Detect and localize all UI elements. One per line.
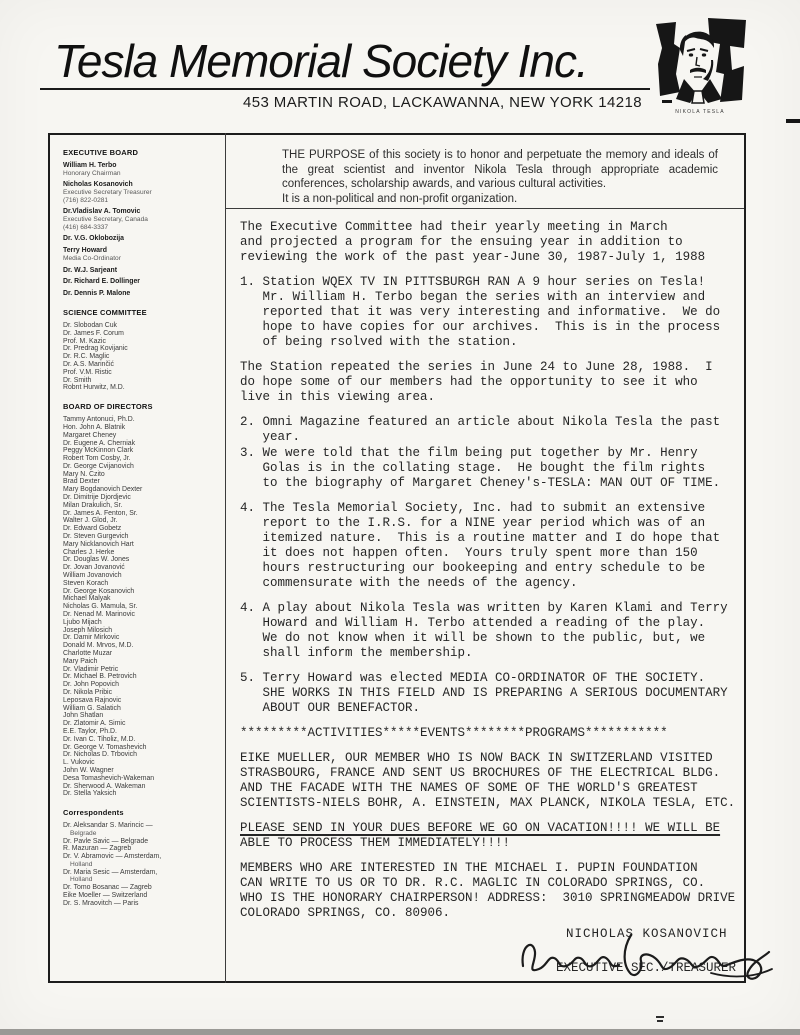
sidebar-member-name: Dr. W.J. Sarjeant <box>63 267 219 275</box>
sidebar-member-name: Dr. George Kosanovich <box>63 588 219 596</box>
sidebar-member-name: Tammy Antonuci, Ph.D. <box>63 416 219 424</box>
body-line: STRASBOURG, FRANCE AND SENT US BROCHURES… <box>240 766 746 781</box>
sidebar-member: Dr.Vladislav A. TomovicExecutive Secreta… <box>63 208 219 231</box>
sidebar-section: CorrespondentsDr. Aleksandar S. Marincic… <box>63 808 219 907</box>
body-line: 1. Station WQEX TV IN PITTSBURGH RAN A 9… <box>240 275 746 290</box>
body-line: 4. The Tesla Memorial Society, Inc. had … <box>240 501 746 516</box>
sidebar-member-name: Dr. V.G. Oklobozija <box>63 235 219 243</box>
sidebar-member: John W. Wagner <box>63 767 219 775</box>
sidebar-member-name: Dr. Tomo Bosanac — Zagreb <box>63 884 219 892</box>
sidebar-member-name: Dr. Steven Gurgevich <box>63 533 219 541</box>
body-line: hope to have copies for our archives. Th… <box>240 320 746 335</box>
sidebar-member: Michael Malyak <box>63 595 219 603</box>
sidebar-member: Peggy McKinnon Clark <box>63 447 219 455</box>
body-line: and projected a program for the ensuing … <box>240 235 746 250</box>
body-paragraph: 2. Omni Magazine featured an article abo… <box>240 415 746 445</box>
sidebar-member: R. Mazuran — Zagreb <box>63 845 219 853</box>
sidebar-member-name: Dr. Michael B. Petrovich <box>63 673 219 681</box>
sidebar-member-name: Dr. Aleksandar S. Marincic — <box>63 822 219 830</box>
body-paragraph: 3. We were told that the film being put … <box>240 446 746 491</box>
society-address: 453 MARTIN ROAD, LACKAWANNA, NEW YORK 14… <box>230 94 655 111</box>
body-line: 2. Omni Magazine featured an article abo… <box>240 415 746 430</box>
sidebar-member-detail: Media Co-Ordinator <box>63 255 219 263</box>
sidebar-member-name: Margaret Cheney <box>63 432 219 440</box>
sidebar-member: Ljubo Mijach <box>63 619 219 627</box>
body-paragraph: 1. Station WQEX TV IN PITTSBURGH RAN A 9… <box>240 275 746 350</box>
body-paragraph: PLEASE SEND IN YOUR DUES BEFORE WE GO ON… <box>240 821 746 851</box>
sidebar-member: Dr. Dennis P. Malone <box>63 290 219 298</box>
sidebar-member: Dr. R.C. Maglic <box>63 353 219 361</box>
signature-script <box>515 928 775 984</box>
sidebar-member-name: Ljubo Mijach <box>63 619 219 627</box>
sidebar-member-name: Charles J. Herke <box>63 549 219 557</box>
sidebar-member: Dr. Maria Sesic — Amsterdam,Holland <box>63 869 219 884</box>
sidebar-member-name: Dr. Damir Mirkovic <box>63 634 219 642</box>
sidebar-section-title: EXECUTIVE BOARD <box>63 148 219 157</box>
sidebar-section: BOARD OF DIRECTORSTammy Antonuci, Ph.D.H… <box>63 402 219 798</box>
body-line: CAN WRITE TO US OR TO DR. R.C. MAGLIC IN… <box>240 876 746 891</box>
body-line: report to the I.R.S. for a NINE year per… <box>240 516 746 531</box>
sidebar-member-detail: Holland <box>63 876 219 884</box>
scanned-letter-page: Tesla Memorial Society Inc. 453 MARTIN R… <box>0 0 800 1035</box>
body-line: ABOUT OUR BENEFACTOR. <box>240 701 746 716</box>
body-line: to the biography of Margaret Cheney's-TE… <box>240 476 746 491</box>
sidebar-member: Nicholas G. Mamula, Sr. <box>63 603 219 611</box>
sidebar-member: Dr. Edward Gobetz <box>63 525 219 533</box>
sidebar-member: Desa Tomashevich-Wakeman <box>63 775 219 783</box>
sidebar: EXECUTIVE BOARDWilliam H. TerboHonorary … <box>50 135 223 981</box>
body-paragraph: MEMBERS WHO ARE INTERESTED IN THE MICHAE… <box>240 861 746 921</box>
body-line: 5. Terry Howard was elected MEDIA CO-ORD… <box>240 671 746 686</box>
sidebar-member-detail: Executive Secretary Treasurer <box>63 189 219 197</box>
body-line: The Executive Committee had their yearly… <box>240 220 746 235</box>
body-line: Howard and William H. Terbo attended a r… <box>240 616 746 631</box>
sidebar-member: Dr. Pavle Savic — Belgrade <box>63 838 219 846</box>
sidebar-member-name: Prof. V.M. Ristic <box>63 369 219 377</box>
body-line: year. <box>240 430 746 445</box>
sidebar-member: Dr. Tomo Bosanac — Zagreb <box>63 884 219 892</box>
sidebar-member: Eike Moeller — Switzerland <box>63 892 219 900</box>
body-line: SHE WORKS IN THIS FIELD AND IS PREPARING… <box>240 686 746 701</box>
sidebar-member-name: Mary Bogdanovich Dexter <box>63 486 219 494</box>
sidebar-member: Donald M. Mrvos, M.D. <box>63 642 219 650</box>
sidebar-member-name: Dr. Sherwood A. Wakeman <box>63 783 219 791</box>
sidebar-member-name: John Shatlan <box>63 712 219 720</box>
sidebar-member-name: Dr. Zlatomir A. Simic <box>63 720 219 728</box>
sidebar-section: SCIENCE COMMITTEEDr. Slobodan CukDr. Jam… <box>63 308 219 392</box>
body-line: commensurate with the needs of the agenc… <box>240 576 746 591</box>
sidebar-member-name: Mary Paich <box>63 658 219 666</box>
sidebar-member-name: Hon. John A. Blatnik <box>63 424 219 432</box>
body-line: WHO IS THE HONORARY CHAIRPERSON! ADDRESS… <box>240 891 746 906</box>
sidebar-member-name: Dr. Slobodan Cuk <box>63 322 219 330</box>
body-paragraph: The Station repeated the series in June … <box>240 360 746 405</box>
body-line: COLORADO SPRINGS, CO. 80906. <box>240 906 746 921</box>
sidebar-member-name: Dr. Dennis P. Malone <box>63 290 219 298</box>
sidebar-member-name: Dr. Pavle Savic — Belgrade <box>63 838 219 846</box>
sidebar-member-name: Dr. Vladimir Petric <box>63 666 219 674</box>
sidebar-member-name: Mary Nicklanovich Hart <box>63 541 219 549</box>
sidebar-member: Dr. Aleksandar S. Marincic —Belgrade <box>63 822 219 837</box>
portrait-caption: NIKOLA TESLA <box>650 109 750 115</box>
body-line: hours restructuring our bookeeping and e… <box>240 561 746 576</box>
tesla-portrait-image <box>650 14 750 108</box>
sidebar-member: Robert Tom Cosby, Jr. <box>63 455 219 463</box>
scan-artifact <box>656 1016 664 1018</box>
sidebar-member-name: Nicholas G. Mamula, Sr. <box>63 603 219 611</box>
sidebar-member: William H. TerboHonorary Chairman <box>63 162 219 177</box>
body-line: of being rsolved with the station. <box>240 335 746 350</box>
page-title: Tesla Memorial Society Inc. <box>54 34 654 88</box>
sidebar-member-name: William H. Terbo <box>63 162 219 170</box>
body-paragraph: *********ACTIVITIES*****EVENTS********PR… <box>240 726 746 741</box>
sidebar-member-name: Dr.Vladislav A. Tomovic <box>63 208 219 216</box>
sidebar-member: Dr. Dimitrije Djordjevic <box>63 494 219 502</box>
sidebar-member: Dr. A.S. Marinčić <box>63 361 219 369</box>
sidebar-member-name: Prof. M. Kazic <box>63 338 219 346</box>
sidebar-section-title: SCIENCE COMMITTEE <box>63 308 219 317</box>
sidebar-member-name: Charlotte Muzar <box>63 650 219 658</box>
sidebar-member: Dr. George Cvijanovich <box>63 463 219 471</box>
sidebar-member-name: Robert Tom Cosby, Jr. <box>63 455 219 463</box>
sidebar-member: Milan Drakulich, Sr. <box>63 502 219 510</box>
sidebar-member: Dr. Slobodan Cuk <box>63 322 219 330</box>
sidebar-member: Nicholas KosanovichExecutive Secretary T… <box>63 181 219 204</box>
sidebar-member: Walter J. Glod, Jr. <box>63 517 219 525</box>
sidebar-member-name: Dr. Smith <box>63 377 219 385</box>
sidebar-member: Dr. Vladimir Petric <box>63 666 219 674</box>
sidebar-member-detail: Holland <box>63 861 219 869</box>
purpose-statement: THE PURPOSE of this society is to honor … <box>226 135 744 209</box>
sidebar-member: Prof. M. Kazic <box>63 338 219 346</box>
sidebar-member: Hon. John A. Blatnik <box>63 424 219 432</box>
tesla-portrait <box>650 14 750 124</box>
sidebar-member-name: Brad Dexter <box>63 478 219 486</box>
sidebar-member: Joseph Milosich <box>63 627 219 635</box>
sidebar-member-name: Desa Tomashevich-Wakeman <box>63 775 219 783</box>
page-edge-mark <box>786 119 800 123</box>
body-line: MEMBERS WHO ARE INTERESTED IN THE MICHAE… <box>240 861 746 876</box>
letter-body: The Executive Committee had their yearly… <box>226 210 746 931</box>
sidebar-member-name: Donald M. Mrvos, M.D. <box>63 642 219 650</box>
sidebar-member: Dr. Zlatomir A. Simic <box>63 720 219 728</box>
sidebar-member: Prof. V.M. Ristic <box>63 369 219 377</box>
sidebar-member-name: Walter J. Glod, Jr. <box>63 517 219 525</box>
sidebar-member: William Jovanovich <box>63 572 219 580</box>
sidebar-member: Dr. James F. Corum <box>63 330 219 338</box>
sidebar-member: Margaret Cheney <box>63 432 219 440</box>
title-rule <box>40 88 650 90</box>
sidebar-member: Dr. S. Mraovitch — Paris <box>63 900 219 908</box>
sidebar-member-name: Dr. James F. Corum <box>63 330 219 338</box>
body-line: Golas is in the collating stage. He boug… <box>240 461 746 476</box>
sidebar-member-name: Dr. V. Abramovic — Amsterdam, <box>63 853 219 861</box>
sidebar-section: EXECUTIVE BOARDWilliam H. TerboHonorary … <box>63 148 219 298</box>
sidebar-member-detail: (716) 822-0281 <box>63 197 219 205</box>
scan-edge-strip <box>0 1029 800 1035</box>
sidebar-member: Terry HowardMedia Co-Ordinator <box>63 247 219 262</box>
body-line: live in this viewing area. <box>240 390 746 405</box>
sidebar-member-name: Dr. Edward Gobetz <box>63 525 219 533</box>
body-line: The Station repeated the series in June … <box>240 360 746 375</box>
sidebar-member: William G. Salatich <box>63 705 219 713</box>
body-line: SCIENTISTS-NIELS BOHR, A. EINSTEIN, MAX … <box>240 796 746 811</box>
body-line: EIKE MUELLER, OUR MEMBER WHO IS NOW BACK… <box>240 751 746 766</box>
body-line: 4. A play about Nikola Tesla was written… <box>240 601 746 616</box>
sidebar-member: Dr. Sherwood A. Wakeman <box>63 783 219 791</box>
sidebar-member-name: Nicholas Kosanovich <box>63 181 219 189</box>
sidebar-member: Robnt Hurwitz, M.D. <box>63 384 219 392</box>
sidebar-member-name: Dr. Douglas W. Jones <box>63 556 219 564</box>
body-line: *********ACTIVITIES*****EVENTS********PR… <box>240 726 746 741</box>
sidebar-member-name: Terry Howard <box>63 247 219 255</box>
sidebar-member-name: Leposava Rajnovic <box>63 697 219 705</box>
body-line: reviewing the work of the past year-June… <box>240 250 746 265</box>
sidebar-member-name: Dr. Richard E. Dollinger <box>63 278 219 286</box>
sidebar-member: John Shatlan <box>63 712 219 720</box>
sidebar-member-name: Dr. Ivan C. Tiholiz, M.D. <box>63 736 219 744</box>
sidebar-member-name: E.E. Taylor, Ph.D. <box>63 728 219 736</box>
body-line: 3. We were told that the film being put … <box>240 446 746 461</box>
sidebar-member-name: Dr. Jovan Jovanović <box>63 564 219 572</box>
sidebar-member: Dr. Nikola Pribic <box>63 689 219 697</box>
sidebar-member-name: Dr. Nicholas D. Trbovich <box>63 751 219 759</box>
sidebar-member: Dr. Douglas W. Jones <box>63 556 219 564</box>
sidebar-section-title: Correspondents <box>63 808 219 817</box>
sidebar-member: Brad Dexter <box>63 478 219 486</box>
sidebar-member-detail: Honorary Chairman <box>63 170 219 178</box>
sidebar-member: L. Vukovic <box>63 759 219 767</box>
sidebar-member: Dr. Michael B. Petrovich <box>63 673 219 681</box>
sidebar-member-name: Dr. Dimitrije Djordjevic <box>63 494 219 502</box>
sidebar-member: Tammy Antonuci, Ph.D. <box>63 416 219 424</box>
sidebar-member-name: Michael Malyak <box>63 595 219 603</box>
sidebar-member-name: Dr. R.C. Maglic <box>63 353 219 361</box>
sidebar-member: Dr. James A. Fenton, Sr. <box>63 510 219 518</box>
sidebar-member-name: Dr. A.S. Marinčić <box>63 361 219 369</box>
body-paragraph: 4. The Tesla Memorial Society, Inc. had … <box>240 501 746 591</box>
sidebar-member: Dr. W.J. Sarjeant <box>63 267 219 275</box>
sidebar-member-name: Dr. George V. Tomashevich <box>63 744 219 752</box>
sidebar-member: Dr. Stella Yaksich <box>63 790 219 798</box>
sidebar-member: Dr. Jovan Jovanović <box>63 564 219 572</box>
sidebar-member-name: Eike Moeller — Switzerland <box>63 892 219 900</box>
sidebar-member-name: Mary N. Czito <box>63 471 219 479</box>
sidebar-member-name: Joseph Milosich <box>63 627 219 635</box>
sidebar-member: Mary Nicklanovich Hart <box>63 541 219 549</box>
sidebar-member-name: Dr. Nenad M. Marinovic <box>63 611 219 619</box>
scan-artifact <box>657 1020 663 1022</box>
sidebar-member-name: Dr. Stella Yaksich <box>63 790 219 798</box>
body-line: AND THE FACADE WITH THE NAMES OF SOME OF… <box>240 781 746 796</box>
body-paragraph: 5. Terry Howard was elected MEDIA CO-ORD… <box>240 671 746 716</box>
sidebar-member-name: Milan Drakulich, Sr. <box>63 502 219 510</box>
purpose-note: It is a non-political and non-profit org… <box>282 192 718 207</box>
sidebar-member: Dr. Steven Gurgevich <box>63 533 219 541</box>
sidebar-member: Charlotte Muzar <box>63 650 219 658</box>
sidebar-member: Dr. Nicholas D. Trbovich <box>63 751 219 759</box>
sidebar-member-detail: Belgrade <box>63 830 219 838</box>
sidebar-member-detail: Executive Secretary, Canada <box>63 216 219 224</box>
sidebar-member: Steven Korach <box>63 580 219 588</box>
body-paragraph: The Executive Committee had their yearly… <box>240 220 746 265</box>
body-paragraph: EIKE MUELLER, OUR MEMBER WHO IS NOW BACK… <box>240 751 746 811</box>
sidebar-member-name: Peggy McKinnon Clark <box>63 447 219 455</box>
body-line: PLEASE SEND IN YOUR DUES BEFORE WE GO ON… <box>240 821 746 836</box>
sidebar-member-name: John W. Wagner <box>63 767 219 775</box>
sidebar-section-title: BOARD OF DIRECTORS <box>63 402 219 411</box>
sidebar-member-name: Dr. Nikola Pribic <box>63 689 219 697</box>
body-paragraph: 4. A play about Nikola Tesla was written… <box>240 601 746 661</box>
body-line: ABLE TO PROCESS THEM IMMEDIATELY!!!! <box>240 836 746 851</box>
body-line: Mr. William H. Terbo began the series wi… <box>240 290 746 305</box>
sidebar-member: Dr. George V. Tomashevich <box>63 744 219 752</box>
sidebar-member-name: R. Mazuran — Zagreb <box>63 845 219 853</box>
sidebar-member-name: L. Vukovic <box>63 759 219 767</box>
body-line: it does not happen often. Yours truly sp… <box>240 546 746 561</box>
body-line: reported that it was very interesting an… <box>240 305 746 320</box>
sidebar-member-name: Dr. James A. Fenton, Sr. <box>63 510 219 518</box>
sidebar-member: E.E. Taylor, Ph.D. <box>63 728 219 736</box>
sidebar-member: Dr. Nenad M. Marinovic <box>63 611 219 619</box>
body-line: do hope some of our members had the oppo… <box>240 375 746 390</box>
sidebar-member-detail: (416) 684-3337 <box>63 224 219 232</box>
sidebar-member-name: Steven Korach <box>63 580 219 588</box>
sidebar-member: Dr. Predrag Kovijanic <box>63 345 219 353</box>
sidebar-sections: EXECUTIVE BOARDWilliam H. TerboHonorary … <box>63 148 219 907</box>
sidebar-member: Dr. Eugene A. Cherniak <box>63 440 219 448</box>
sidebar-member-name: William Jovanovich <box>63 572 219 580</box>
sidebar-member: Dr. Ivan C. Tiholiz, M.D. <box>63 736 219 744</box>
sidebar-member: Dr. Damir Mirkovic <box>63 634 219 642</box>
body-line: itemized nature. This is a routine matte… <box>240 531 746 546</box>
sidebar-member: Dr. John Popovich <box>63 681 219 689</box>
purpose-text: THE PURPOSE of this society is to honor … <box>282 148 718 192</box>
sidebar-member-name: Dr. Eugene A. Cherniak <box>63 440 219 448</box>
sidebar-member-name: Robnt Hurwitz, M.D. <box>63 384 219 392</box>
sidebar-member: Dr. George Kosanovich <box>63 588 219 596</box>
sidebar-member-name: Dr. S. Mraovitch — Paris <box>63 900 219 908</box>
sidebar-member-name: Dr. Maria Sesic — Amsterdam, <box>63 869 219 877</box>
sidebar-member-name: Dr. George Cvijanovich <box>63 463 219 471</box>
sidebar-member: Dr. Richard E. Dollinger <box>63 278 219 286</box>
body-line: We do not know when it will be shown to … <box>240 631 746 646</box>
sidebar-member: Mary Bogdanovich Dexter <box>63 486 219 494</box>
sidebar-member-name: Dr. Predrag Kovijanic <box>63 345 219 353</box>
sidebar-member: Mary Paich <box>63 658 219 666</box>
sidebar-member: Dr. Smith <box>63 377 219 385</box>
sidebar-member: Dr. V. Abramovic — Amsterdam,Holland <box>63 853 219 868</box>
sidebar-member: Dr. V.G. Oklobozija <box>63 235 219 243</box>
sidebar-member-name: Dr. John Popovich <box>63 681 219 689</box>
sidebar-member: Leposava Rajnovic <box>63 697 219 705</box>
body-line: shall inform the membership. <box>240 646 746 661</box>
sidebar-member: Mary N. Czito <box>63 471 219 479</box>
sidebar-member-name: William G. Salatich <box>63 705 219 713</box>
sidebar-member: Charles J. Herke <box>63 549 219 557</box>
